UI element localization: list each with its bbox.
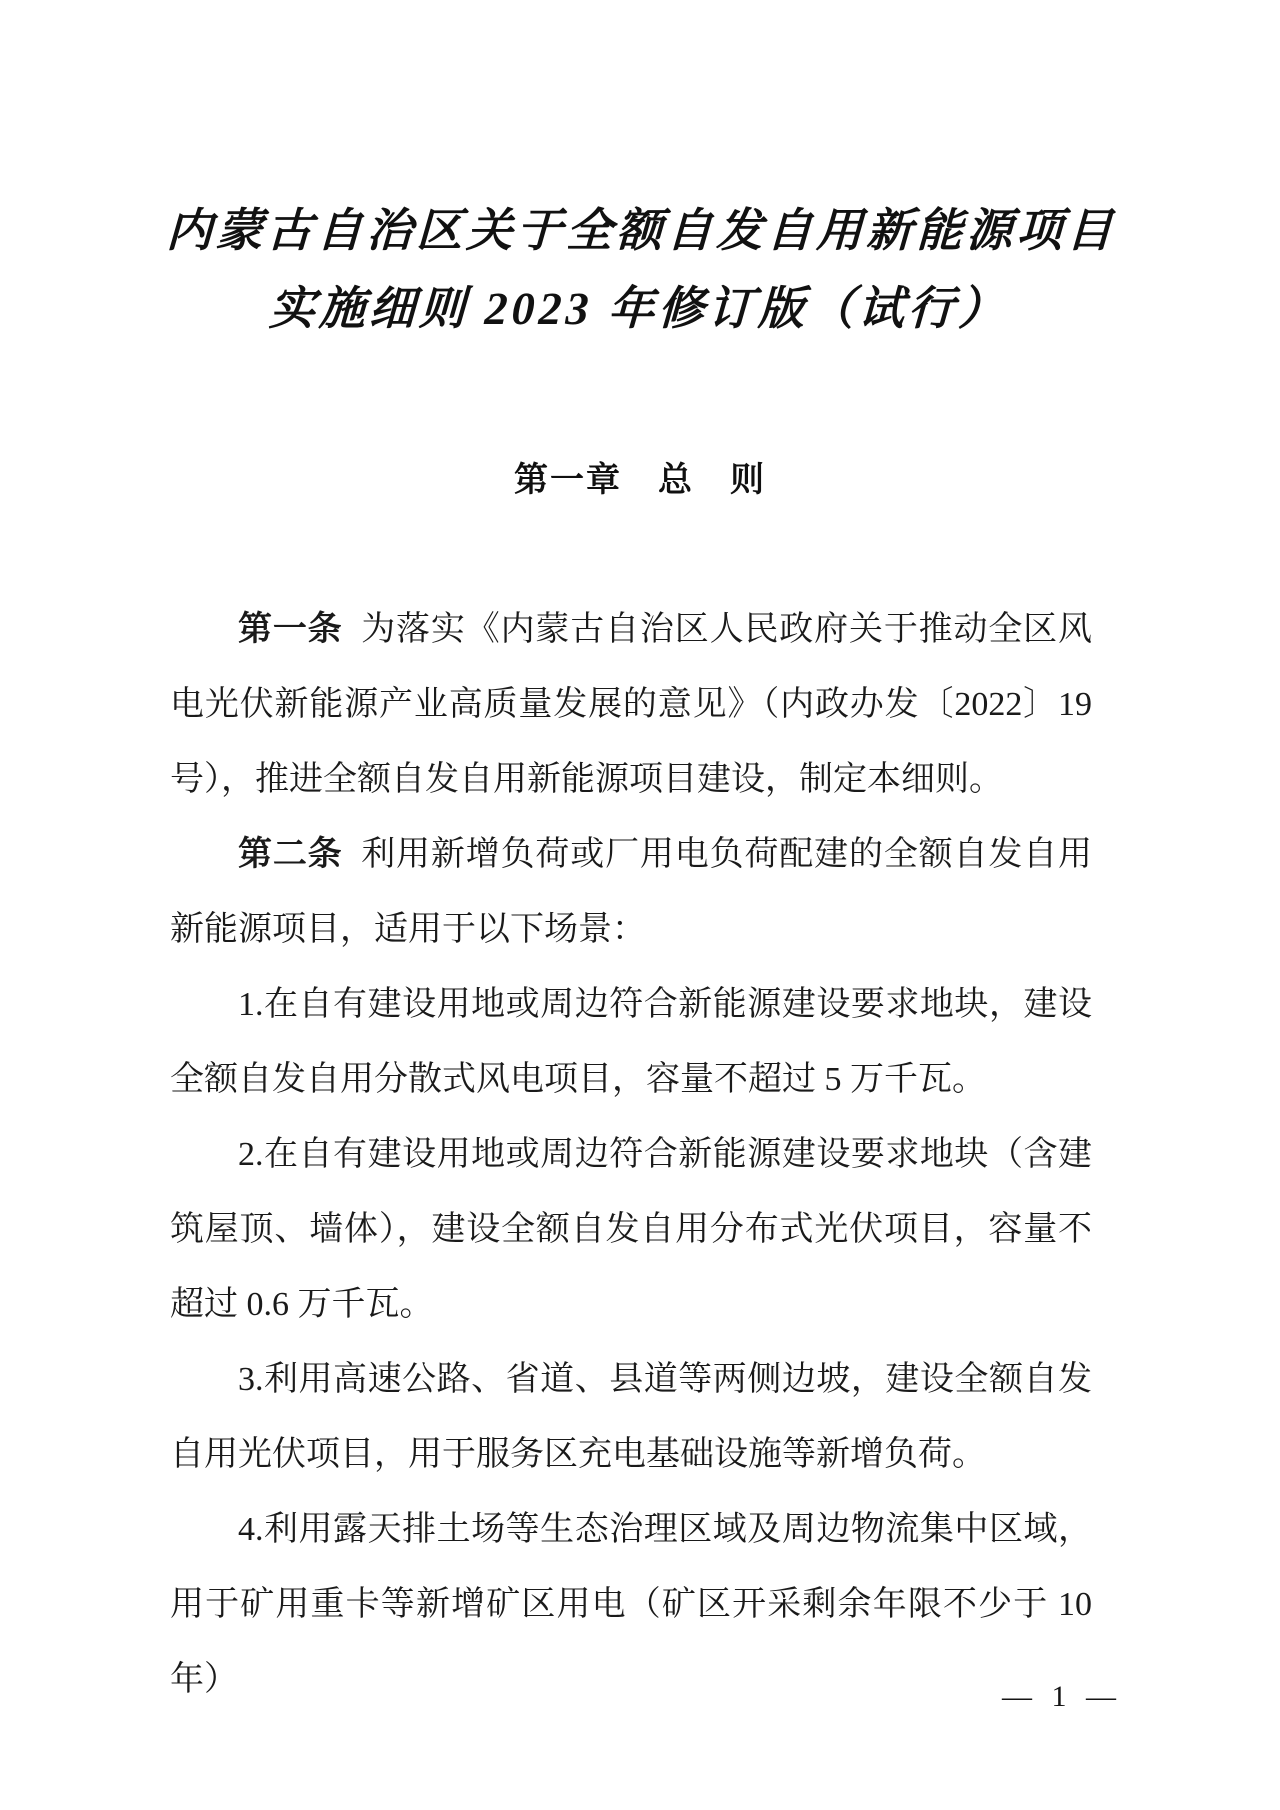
page-number: — 1 — [1002, 1680, 1122, 1714]
paragraph: 4.利用露天排土场等生态治理区域及周边物流集中区域，用于矿用重卡等新增矿区用电（… [170, 1492, 1092, 1717]
paragraph-text: 2.在自有建设用地或周边符合新能源建设要求地块（含建筑屋顶、墙体），建设全额自发… [170, 1136, 1092, 1323]
paragraph: 3.利用高速公路、省道、县道等两侧边坡，建设全额自发自用光伏项目，用于服务区充电… [170, 1342, 1092, 1492]
document-title: 内蒙古自治区关于全额自发自用新能源项目 实施细则 2023 年修订版（试行） [0, 192, 1280, 348]
paragraph: 2.在自有建设用地或周边符合新能源建设要求地块（含建筑屋顶、墙体），建设全额自发… [170, 1117, 1092, 1342]
paragraph-text: 3.利用高速公路、省道、县道等两侧边坡，建设全额自发自用光伏项目，用于服务区充电… [170, 1361, 1092, 1473]
paragraph: 第一条为落实《内蒙古自治区人民政府关于推动全区风电光伏新能源产业高质量发展的意见… [170, 592, 1092, 817]
document-page: 内蒙古自治区关于全额自发自用新能源项目 实施细则 2023 年修订版（试行） 第… [0, 0, 1280, 1810]
paragraph: 1.在自有建设用地或周边符合新能源建设要求地块，建设全额自发自用分散式风电项目，… [170, 967, 1092, 1117]
chapter-heading: 第一章 总 则 [0, 452, 1280, 501]
paragraph-text: 1.在自有建设用地或周边符合新能源建设要求地块，建设全额自发自用分散式风电项目，… [170, 986, 1092, 1098]
document-body: 第一条为落实《内蒙古自治区人民政府关于推动全区风电光伏新能源产业高质量发展的意见… [170, 592, 1092, 1717]
document-title-line1: 内蒙古自治区关于全额自发自用新能源项目 [0, 192, 1280, 270]
paragraph: 第二条利用新增负荷或厂用电负荷配建的全额自发自用新能源项目，适用于以下场景： [170, 817, 1092, 967]
paragraph-lead: 第二条 [238, 835, 343, 873]
paragraph-lead: 第一条 [238, 610, 343, 648]
document-title-line2: 实施细则 2023 年修订版（试行） [0, 270, 1280, 348]
paragraph-text: 4.利用露天排土场等生态治理区域及周边物流集中区域，用于矿用重卡等新增矿区用电（… [170, 1511, 1092, 1698]
